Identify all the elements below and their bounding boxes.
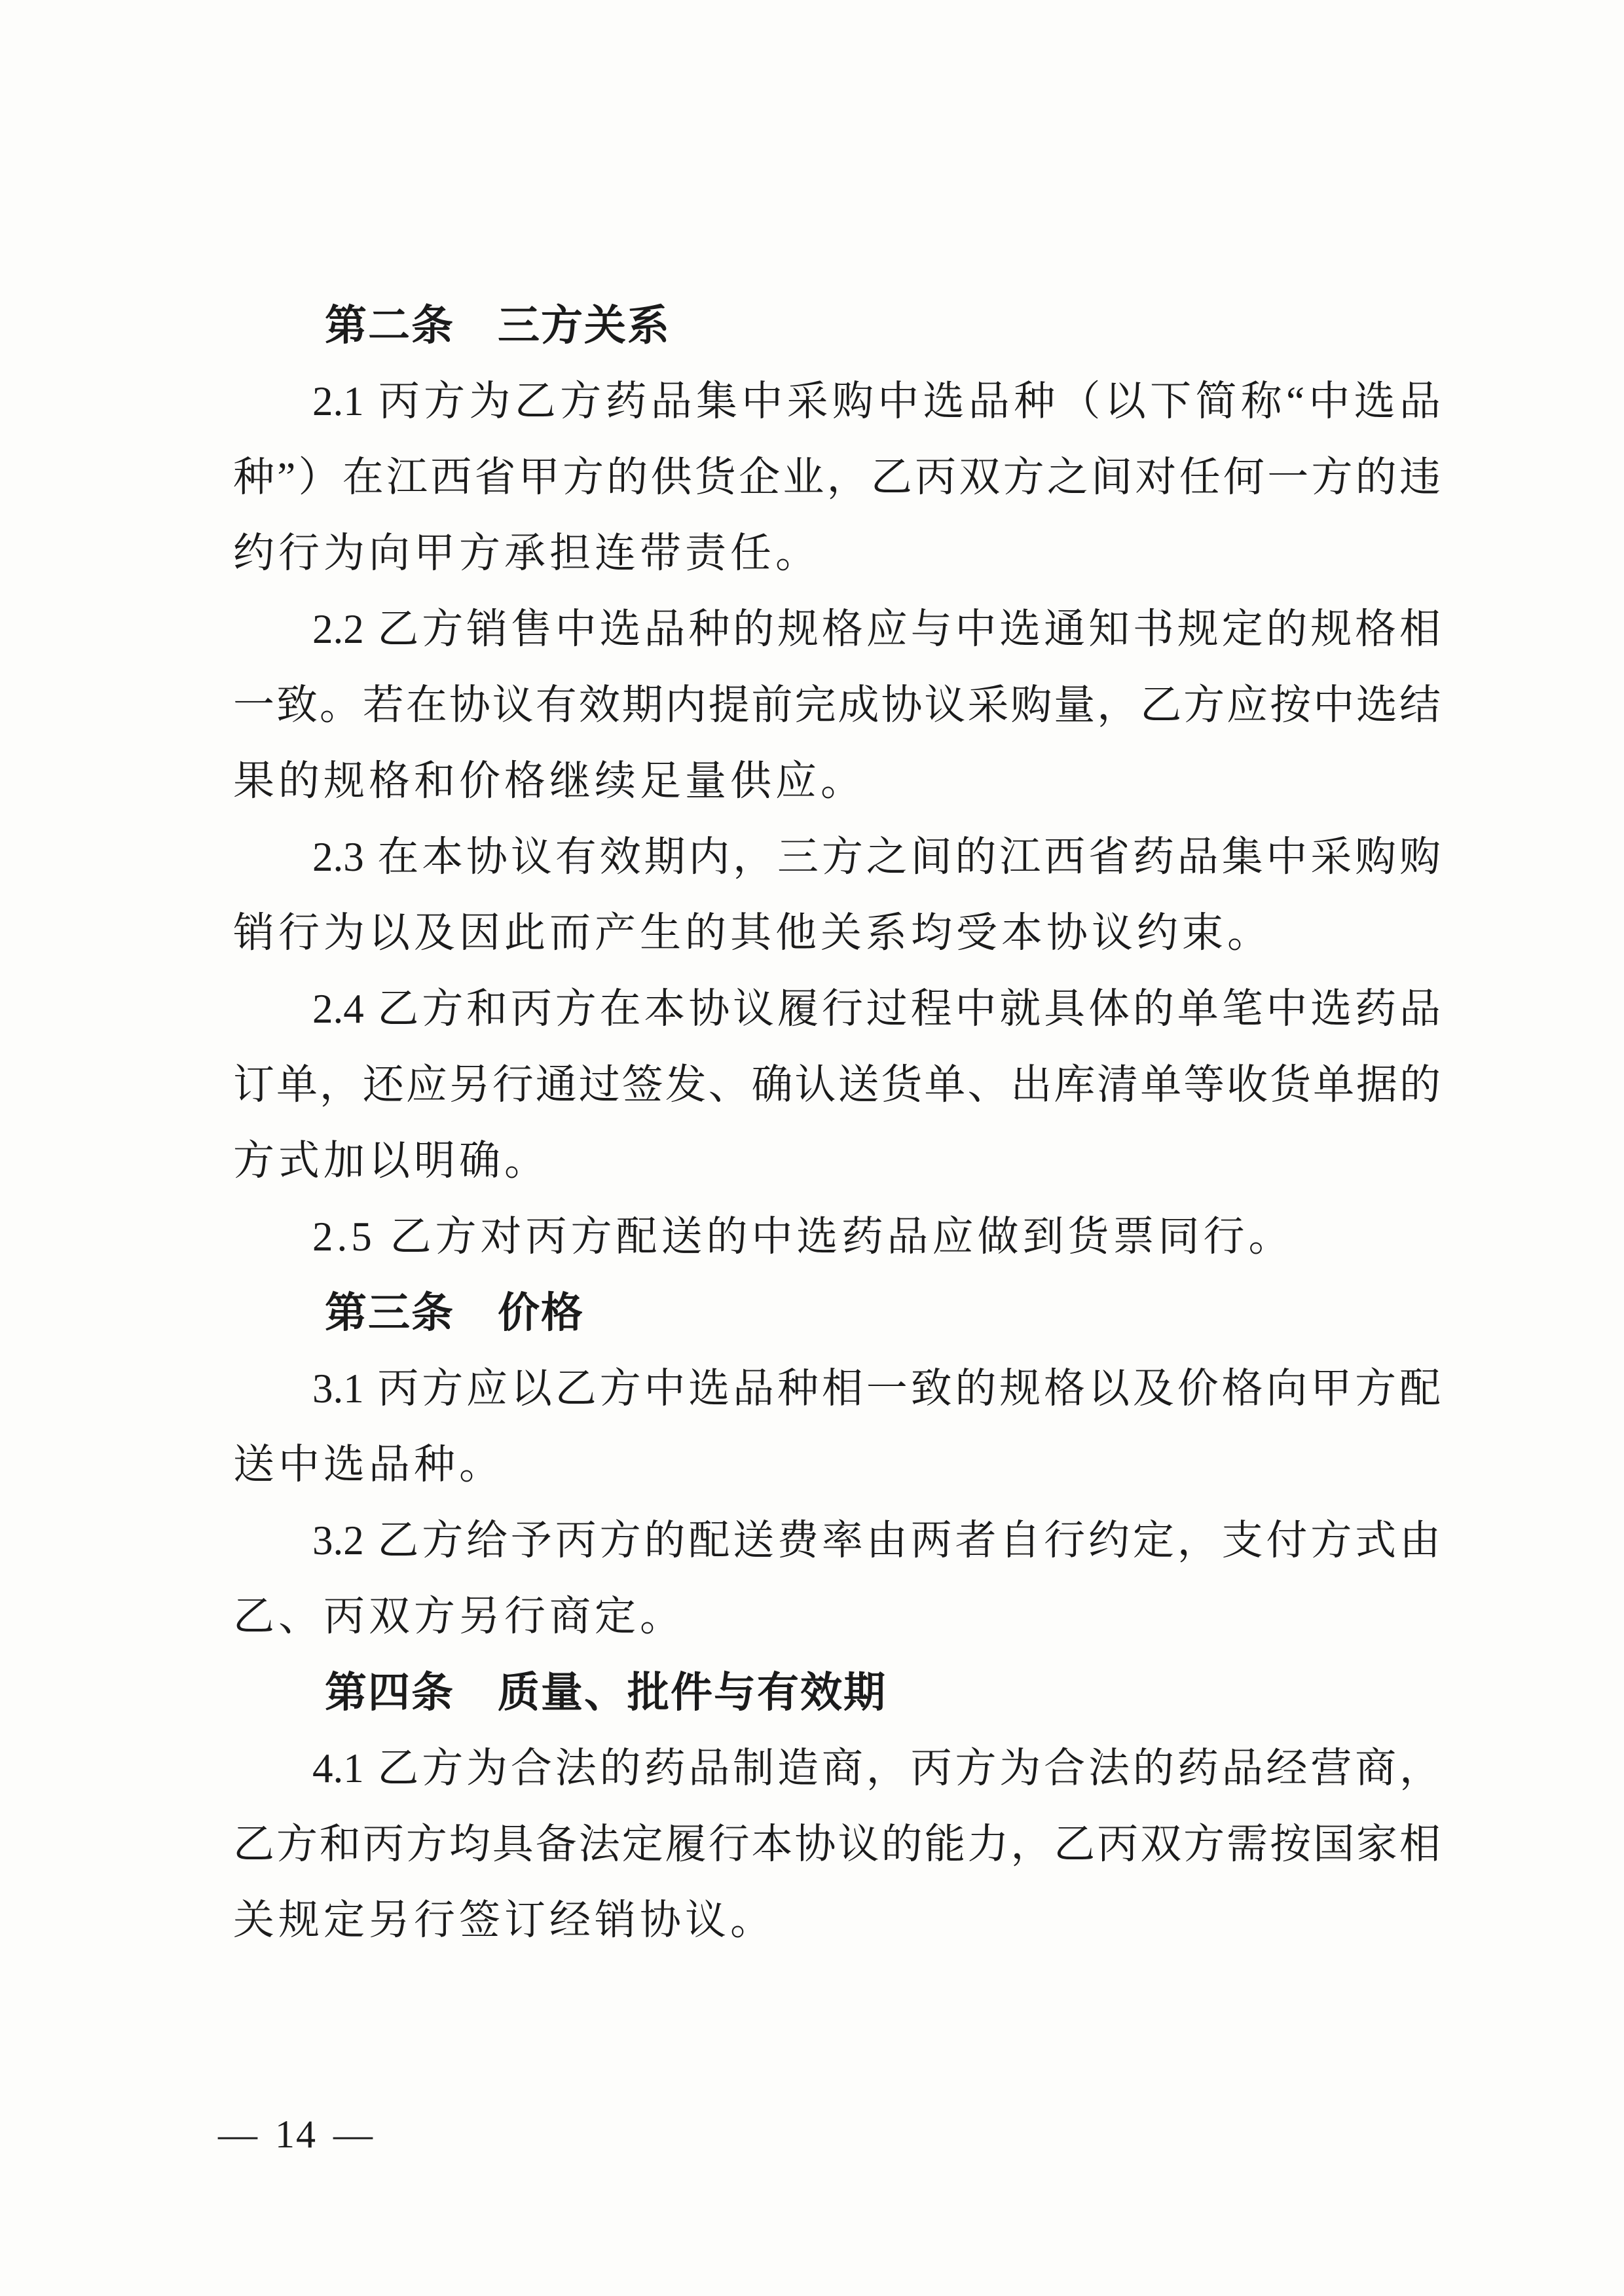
text-line: 2.4 乙方和丙方在本协议履行过程中就具体的单笔中选药品 bbox=[233, 971, 1441, 1047]
paragraph: 4.1 乙方为合法的药品制造商，丙方为合法的药品经营商，乙方和丙方均具备法定履行… bbox=[233, 1730, 1441, 1958]
paragraph: 2.2 乙方销售中选品种的规格应与中选通知书规定的规格相一致。若在协议有效期内提… bbox=[233, 591, 1441, 819]
text-line: 2.1 丙方为乙方药品集中采购中选品种（以下简称“中选品 bbox=[233, 363, 1441, 439]
section-heading: 第二条 三方关系 bbox=[233, 287, 1441, 363]
text-line: 方式加以明确。 bbox=[233, 1123, 1441, 1199]
text-line: 约行为向甲方承担连带责任。 bbox=[233, 515, 1441, 591]
text-line: 4.1 乙方为合法的药品制造商，丙方为合法的药品经营商， bbox=[233, 1730, 1441, 1806]
text-line: 关规定另行签订经销协议。 bbox=[233, 1882, 1441, 1958]
section-heading: 第四条 质量、批件与有效期 bbox=[233, 1654, 1441, 1730]
text-line: 3.1 丙方应以乙方中选品种相一致的规格以及价格向甲方配 bbox=[233, 1351, 1441, 1427]
text-line: 种”）在江西省甲方的供货企业，乙丙双方之间对任何一方的违 bbox=[233, 439, 1441, 515]
paragraph: 3.1 丙方应以乙方中选品种相一致的规格以及价格向甲方配送中选品种。 bbox=[233, 1351, 1441, 1503]
text-line: 乙方和丙方均具备法定履行本协议的能力，乙丙双方需按国家相 bbox=[233, 1806, 1441, 1882]
text-line: 乙、丙双方另行商定。 bbox=[233, 1578, 1441, 1654]
paragraph: 2.5 乙方对丙方配送的中选药品应做到货票同行。 bbox=[233, 1199, 1441, 1275]
section-heading: 第三条 价格 bbox=[233, 1275, 1441, 1351]
document-page: 第二条 三方关系2.1 丙方为乙方药品集中采购中选品种（以下简称“中选品种”）在… bbox=[0, 0, 1624, 2296]
text-line: 销行为以及因此而产生的其他关系均受本协议约束。 bbox=[233, 895, 1441, 971]
text-line: 2.2 乙方销售中选品种的规格应与中选通知书规定的规格相 bbox=[233, 591, 1441, 667]
contract-body: 第二条 三方关系2.1 丙方为乙方药品集中采购中选品种（以下简称“中选品种”）在… bbox=[233, 287, 1441, 1958]
paragraph: 3.2 乙方给予丙方的配送费率由两者自行约定，支付方式由乙、丙双方另行商定。 bbox=[233, 1503, 1441, 1654]
text-line: 订单，还应另行通过签发、确认送货单、出库清单等收货单据的 bbox=[233, 1047, 1441, 1123]
text-line: 送中选品种。 bbox=[233, 1427, 1441, 1503]
text-line: 一致。若在协议有效期内提前完成协议采购量，乙方应按中选结 bbox=[233, 667, 1441, 743]
text-line: 3.2 乙方给予丙方的配送费率由两者自行约定，支付方式由 bbox=[233, 1503, 1441, 1578]
text-line: 2.3 在本协议有效期内，三方之间的江西省药品集中采购购 bbox=[233, 819, 1441, 895]
text-line: 2.5 乙方对丙方配送的中选药品应做到货票同行。 bbox=[233, 1199, 1441, 1275]
paragraph: 2.1 丙方为乙方药品集中采购中选品种（以下简称“中选品种”）在江西省甲方的供货… bbox=[233, 363, 1441, 591]
page-number: — 14 — bbox=[218, 2113, 374, 2155]
paragraph: 2.3 在本协议有效期内，三方之间的江西省药品集中采购购销行为以及因此而产生的其… bbox=[233, 819, 1441, 971]
paragraph: 2.4 乙方和丙方在本协议履行过程中就具体的单笔中选药品订单，还应另行通过签发、… bbox=[233, 971, 1441, 1199]
text-line: 果的规格和价格继续足量供应。 bbox=[233, 743, 1441, 819]
